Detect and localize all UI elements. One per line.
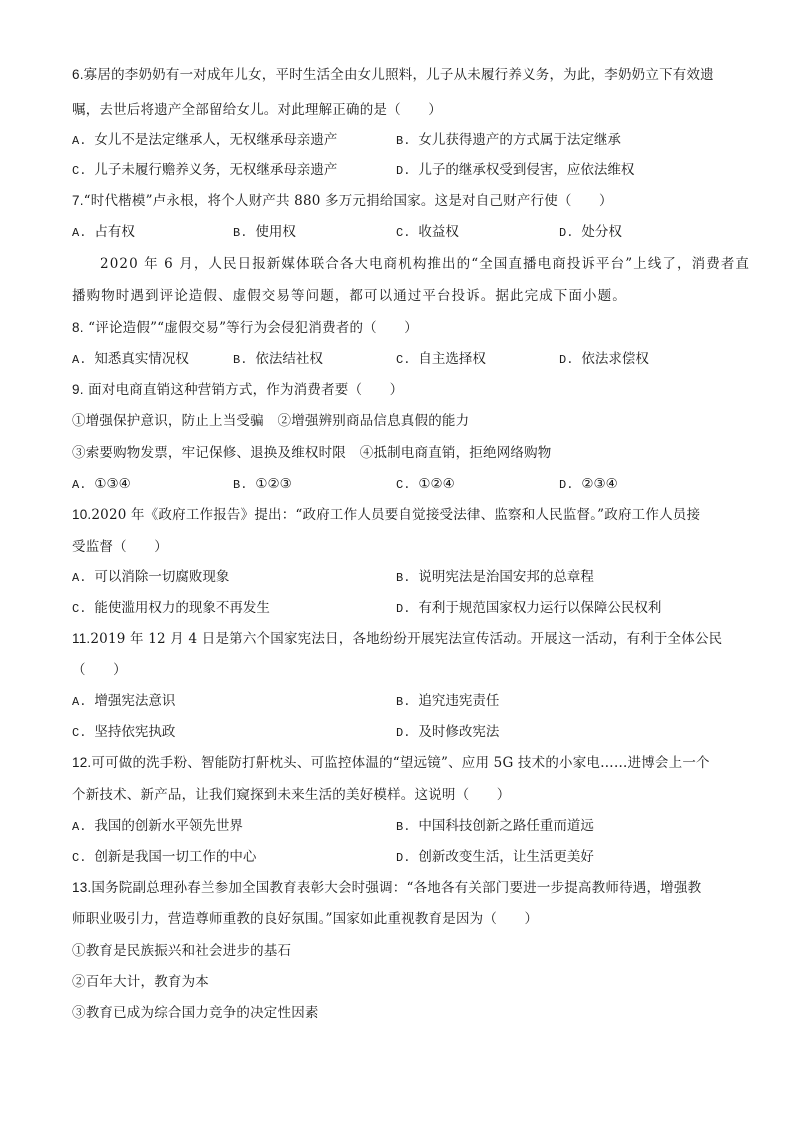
question-6-stem-line-2: 嘱，去世后将遗产全部留给女儿。对此理解正确的是（ ） — [72, 101, 442, 119]
question-8-option-a: A.知悉真实情况权 — [72, 350, 189, 369]
material-paragraph-line-1: 2020 年 6 月，人民日报新媒体联合各大电商机构推出的“全国直播电商投诉平台… — [100, 255, 750, 273]
question-11-option-c: C.坚持依宪执政 — [72, 723, 175, 742]
question-12-option-c: C.创新是我国一切工作的中心 — [72, 848, 256, 867]
question-13-stem-line-2: 师职业吸引力，营造尊师重教的良好氛围。”国家如此重视教育是因为（ ） — [72, 910, 538, 928]
question-number: 12. — [72, 755, 91, 770]
material-paragraph-line-2: 播购物时遇到评论造假、虚假交易等问题，都可以通过平台投诉。据此完成下面小题。 — [72, 287, 627, 305]
question-number: 10. — [72, 507, 91, 522]
question-10-option-a: A.可以消除一切腐败现象 — [72, 568, 229, 587]
question-number: 6. — [72, 67, 84, 82]
question-10-stem-line-2: 受监督（ ） — [72, 538, 168, 556]
question-6-option-b: B.女儿获得遗产的方式属于法定继承 — [396, 131, 621, 150]
question-11-option-a: A.增强宪法意识 — [72, 692, 175, 711]
question-12-option-b: B.中国科技创新之路任重而道远 — [396, 817, 594, 836]
question-10-option-d: D.有利于规范国家权力运行以保障公民权利 — [396, 599, 661, 618]
question-11-option-d: D.及时修改宪法 — [396, 723, 499, 742]
question-6-option-c: C.儿子未履行赡养义务，无权继承母亲遗产 — [72, 161, 337, 180]
question-7-option-d: D.处分权 — [559, 223, 622, 242]
question-number: 11. — [72, 631, 90, 646]
question-7-option-b: B.使用权 — [233, 223, 296, 242]
question-number: 13. — [72, 880, 91, 895]
question-9-stem: 9. 面对电商直销这种营销方式，作为消费者要（ ） — [72, 381, 403, 399]
question-8-option-b: B.依法结社权 — [233, 350, 323, 369]
question-13-statement-2: ②百年大计，教育为本 — [72, 973, 209, 991]
question-7-option-a: A.占有权 — [72, 223, 135, 242]
question-9-statements-line-1: ①增强保护意识，防止上当受骗 ②增强辨别商品信息真假的能力 — [72, 412, 469, 430]
question-10-option-c: C.能使滥用权力的现象不再发生 — [72, 599, 270, 618]
question-12-option-a: A.我国的创新水平领先世界 — [72, 817, 243, 836]
question-8-option-d: D.依法求偿权 — [559, 350, 649, 369]
question-13-stem-line-1: 13.国务院副总理孙春兰参加全国教育表彰大会时强调：“各地各有关部门要进一步提高… — [72, 879, 701, 897]
question-13-statement-1: ①教育是民族振兴和社会进步的基石 — [72, 942, 291, 960]
question-11-option-b: B.追究违宪责任 — [396, 692, 499, 711]
question-12-stem-line-1: 12.可可做的洗手粉、智能防打鼾枕头、可监控体温的“望远镜”、应用 5G 技术的… — [72, 754, 710, 772]
question-11-stem-line-1: 11.2019 年 12 月 4 日是第六个国家宪法日，各地纷纷开展宪法宣传活动… — [72, 630, 722, 648]
question-number: 8. — [72, 320, 84, 335]
question-9-option-b: B.①②③ — [233, 475, 292, 494]
question-10-option-b: B.说明宪法是治国安邦的总章程 — [396, 568, 594, 587]
question-9-option-a: A.①③④ — [72, 475, 131, 494]
question-8-option-c: C.自主选择权 — [396, 350, 486, 369]
question-13-statement-3: ③教育已成为综合国力竞争的决定性因素 — [72, 1004, 319, 1022]
question-9-option-c: C.①②④ — [396, 475, 455, 494]
question-number: 9. — [72, 382, 84, 397]
question-10-stem-line-1: 10.2020 年《政府工作报告》提出：“政府工作人员要自觉接受法律、监察和人民… — [72, 506, 700, 524]
question-11-stem-line-2: （ ） — [72, 661, 127, 679]
question-6-stem-line-1: 6.寡居的李奶奶有一对成年儿女，平时生活全由女儿照料，儿子从未履行养义务，为此，… — [72, 66, 714, 84]
question-7-stem: 7.“时代楷模”卢永根，将个人财产共 880 多万元捐给国家。这是对自己财产行使… — [72, 192, 613, 210]
question-12-option-d: D.创新改变生活，让生活更美好 — [396, 848, 594, 867]
question-number: 7. — [72, 193, 84, 208]
question-9-option-d: D.②③④ — [559, 475, 618, 494]
question-9-statements-line-2: ③索要购物发票，牢记保修、退换及维权时限 ④抵制电商直销，拒绝网络购物 — [72, 444, 552, 462]
question-8-stem: 8. “评论造假”“虚假交易”等行为会侵犯消费者的（ ） — [72, 319, 418, 337]
question-6-option-d: D.儿子的继承权受到侵害，应依法维权 — [396, 161, 634, 180]
question-12-stem-line-2: 个新技术、新产品，让我们窥探到未来生活的美好模样。这说明（ ） — [72, 786, 510, 804]
question-6-option-a: A.女儿不是法定继承人，无权继承母亲遗产 — [72, 131, 337, 150]
question-7-option-c: C.收益权 — [396, 223, 459, 242]
